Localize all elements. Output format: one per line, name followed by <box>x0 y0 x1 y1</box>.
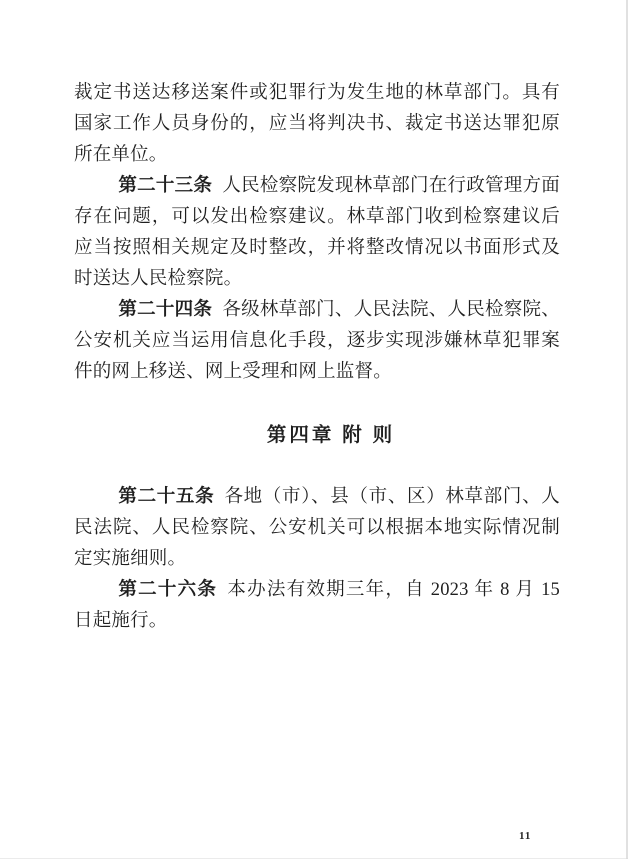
paragraph: 第二十三条人民检察院发现林草部门在行政管理方面存在问题，可以发出检察建议。林草部… <box>74 171 560 295</box>
paragraph: 裁定书送达移送案件或犯罪行为发生地的林草部门。具有国家工作人员身份的，应当将判决… <box>74 78 560 171</box>
article-number: 第二十三条 <box>118 176 212 196</box>
article-number: 第二十六条 <box>118 580 217 600</box>
paragraph: 第二十四条各级林草部门、人民法院、人民检察院、公安机关应当运用信息化手段，逐步实… <box>74 295 560 388</box>
article-number: 第二十五条 <box>118 487 214 507</box>
paragraph: 第二十五条各地（市）、县（市、区）林草部门、人民法院、人民检察院、公安机关可以根… <box>74 482 560 575</box>
article-number: 第二十四条 <box>118 300 212 320</box>
document-body: 裁定书送达移送案件或犯罪行为发生地的林草部门。具有国家工作人员身份的，应当将判决… <box>74 78 560 637</box>
chapter-heading: 第四章 附 则 <box>74 420 560 451</box>
page-number: 11 <box>519 830 531 842</box>
paragraph: 第二十六条本办法有效期三年，自 2023 年 8 月 15 日起施行。 <box>74 575 560 637</box>
document-page: 裁定书送达移送案件或犯罪行为发生地的林草部门。具有国家工作人员身份的，应当将判决… <box>0 0 628 859</box>
